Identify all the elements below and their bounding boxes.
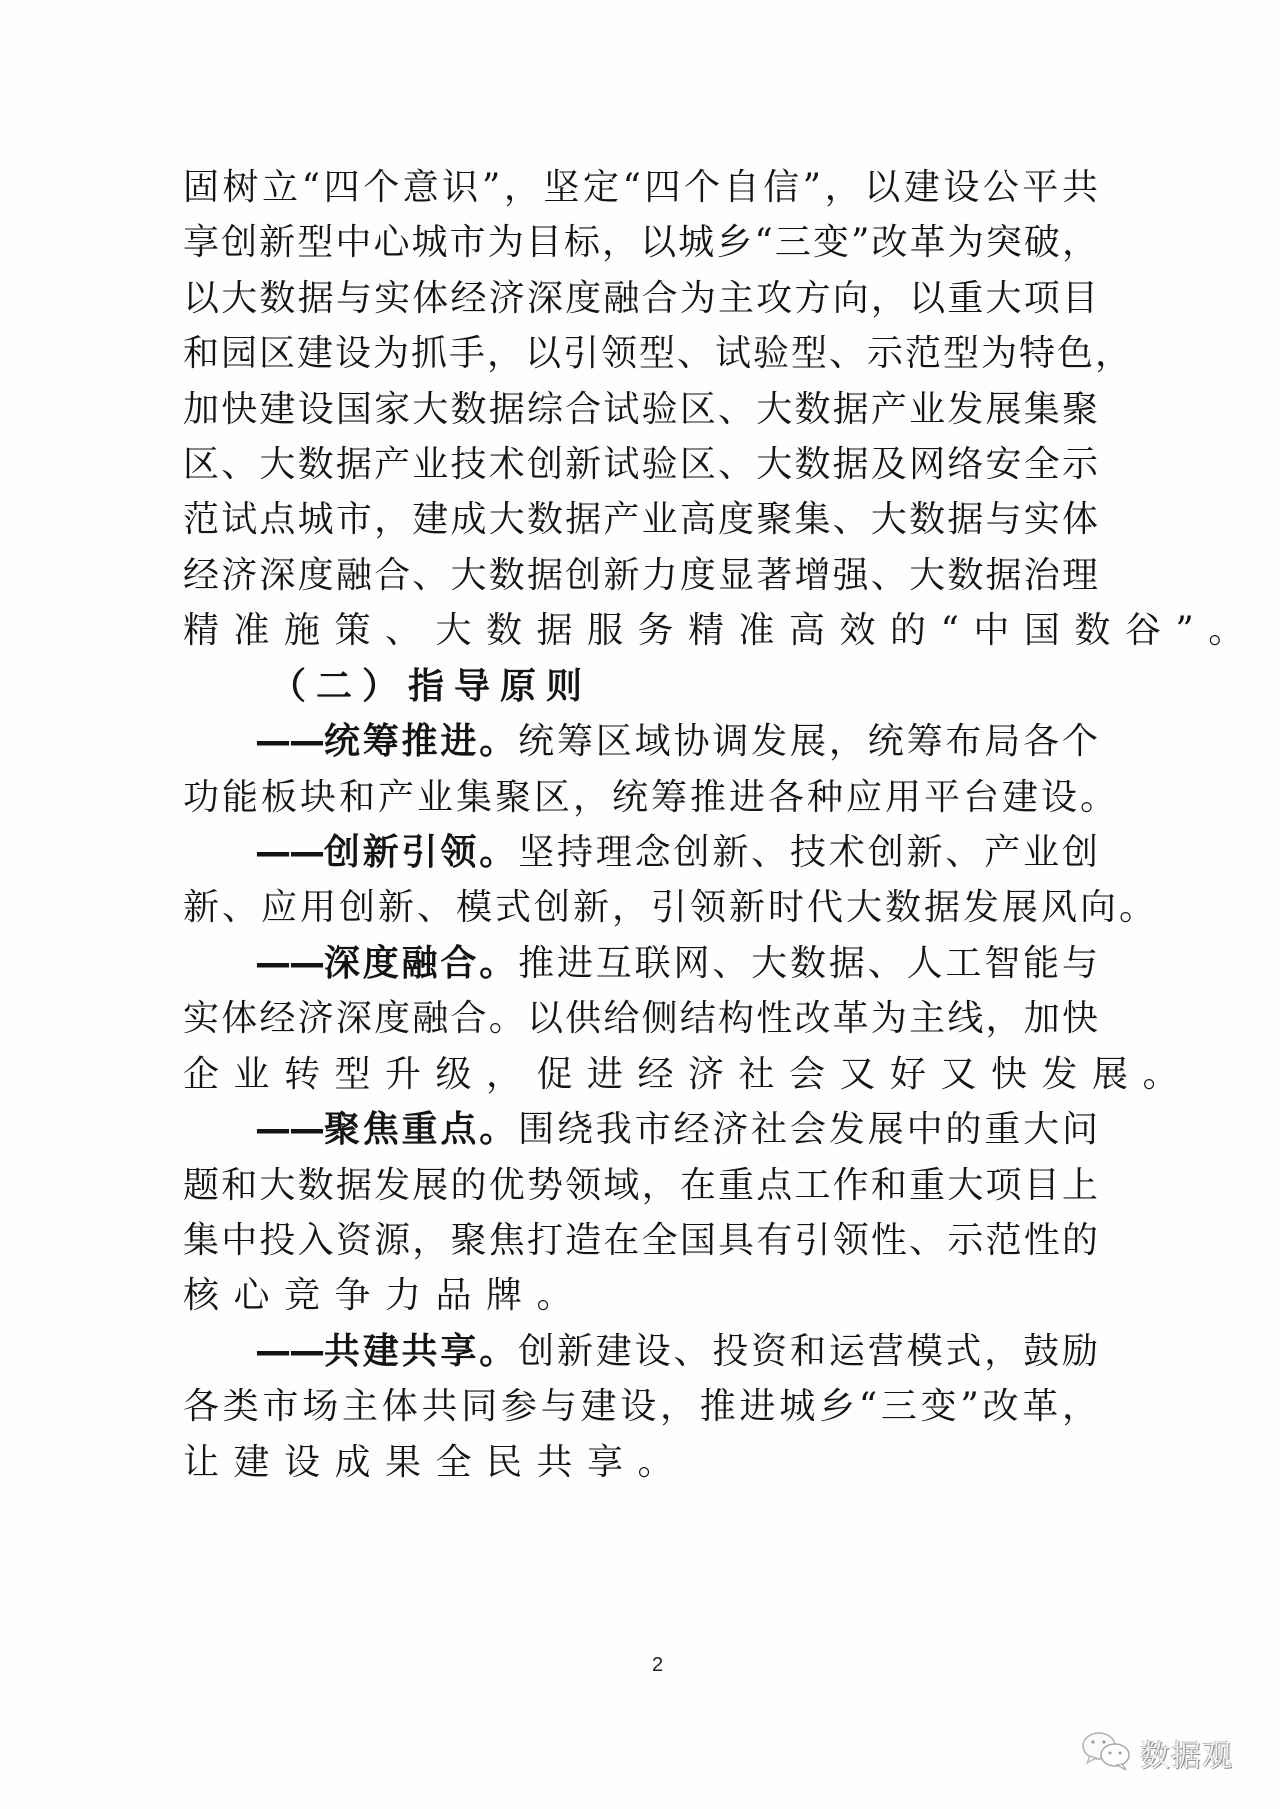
principle-text: 推进互联网、大数据、人工智能与 <box>518 943 1100 984</box>
principle-title: 聚焦重点。 <box>323 1109 518 1150</box>
em-dash: —— <box>255 1331 323 1372</box>
principle-first-line: ——深度融合。推进互联网、大数据、人工智能与 <box>255 936 1100 992</box>
body-text-line: 题和大数据发展的优势领域，在重点工作和重大项目上 <box>183 1158 1100 1214</box>
body-text-line: 享创新型中心城市为目标，以城乡“三变”改革为突破， <box>183 215 1100 271</box>
body-text-line: 精准施策、大数据服务精准高效的“中国数谷”。 <box>183 603 1100 659</box>
body-text-line: 让建设成果全民共享。 <box>183 1435 1100 1491</box>
principle-title: 统筹推进。 <box>323 721 518 762</box>
body-text-line: 固树立“四个意识”，坚定“四个自信”，以建设公平共 <box>183 160 1100 216</box>
em-dash: —— <box>255 943 323 984</box>
body-text-line: 实体经济深度融合。以供给侧结构性改革为主线，加快 <box>183 991 1100 1047</box>
principle-text: 坚持理念创新、技术创新、产业创 <box>518 832 1100 873</box>
principle-first-line: ——统筹推进。统筹区域协调发展，统筹布局各个 <box>255 714 1100 770</box>
page-number: 2 <box>652 1652 663 1678</box>
body-text-line: 区、大数据产业技术创新试验区、大数据及网络安全示 <box>183 437 1100 493</box>
body-text-line: 和园区建设为抓手，以引领型、试验型、示范型为特色， <box>183 326 1100 382</box>
principle-text: 创新建设、投资和运营模式，鼓励 <box>518 1331 1100 1372</box>
principle-first-line: ——创新引领。坚持理念创新、技术创新、产业创 <box>255 825 1100 881</box>
em-dash: —— <box>255 721 323 762</box>
principle-title: 深度融合。 <box>323 943 518 984</box>
body-text-line: 以大数据与实体经济深度融合为主攻方向，以重大项目 <box>183 271 1100 327</box>
principle-title: 创新引领。 <box>323 832 518 873</box>
section-heading: （二）指导原则 <box>270 659 592 715</box>
principle-title: 共建共享。 <box>323 1331 518 1372</box>
body-text-line: 功能板块和产业集聚区，统筹推进各种应用平台建设。 <box>183 770 1100 826</box>
principle-text: 统筹区域协调发展，统筹布局各个 <box>518 721 1100 762</box>
document-page: 固树立“四个意识”，坚定“四个自信”，以建设公平共 享创新型中心城市为目标，以城… <box>0 0 1280 1809</box>
body-text-line: 核心竞争力品牌。 <box>183 1268 1100 1324</box>
em-dash: —— <box>255 832 323 873</box>
wechat-icon <box>1080 1729 1134 1777</box>
watermark: 数据观 <box>1080 1728 1233 1778</box>
body-text-line: 新、应用创新、模式创新，引领新时代大数据发展风向。 <box>183 880 1100 936</box>
body-text-line: 加快建设国家大数据综合试验区、大数据产业发展集聚 <box>183 382 1100 438</box>
principle-first-line: ——聚焦重点。围绕我市经济社会发展中的重大问 <box>255 1102 1100 1158</box>
principle-first-line: ——共建共享。创新建设、投资和运营模式，鼓励 <box>255 1324 1100 1380</box>
body-text-line: 集中投入资源，聚焦打造在全国具有引领性、示范性的 <box>183 1213 1100 1269</box>
body-text-line: 各类市场主体共同参与建设，推进城乡“三变”改革， <box>183 1379 1100 1435</box>
body-text-line: 范试点城市，建成大数据产业高度聚集、大数据与实体 <box>183 492 1100 548</box>
body-text-line: 企业转型升级，促进经济社会又好又快发展。 <box>183 1047 1100 1103</box>
watermark-text: 数据观 <box>1140 1731 1233 1775</box>
em-dash: —— <box>255 1109 323 1150</box>
principle-text: 围绕我市经济社会发展中的重大问 <box>518 1109 1100 1150</box>
body-text-line: 经济深度融合、大数据创新力度显著增强、大数据治理 <box>183 548 1100 604</box>
